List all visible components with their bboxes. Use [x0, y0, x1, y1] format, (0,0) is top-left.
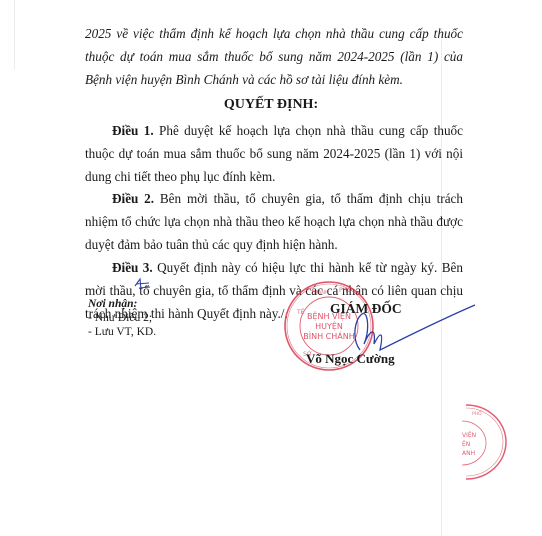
recipient-item: - Như Điều 2; [88, 311, 156, 325]
recipient-item: - Lưu VT, KD. [88, 325, 156, 339]
svg-text:TẾ: TẾ [296, 308, 305, 316]
initials-mark [133, 277, 153, 291]
svg-text:HUYỆN: HUYỆN [315, 320, 343, 332]
svg-text:PHỐ: PHỐ [339, 286, 352, 294]
svg-text:VIỆN: VIỆN [462, 431, 476, 439]
signatory-name: Võ Ngọc Cường [306, 351, 395, 367]
page-edge-left [14, 0, 15, 70]
svg-text:THÀNH: THÀNH [310, 289, 329, 296]
svg-text:BÌNH CHÁNH: BÌNH CHÁNH [303, 330, 354, 341]
svg-text:ÁNH: ÁNH [462, 450, 475, 457]
recipients-label: Nơi nhận: [88, 297, 156, 311]
article-1-label: Điều 1. [112, 123, 154, 138]
recipients-block: Nơi nhận: - Như Điều 2; - Lưu VT, KD. [88, 297, 156, 339]
article-3-label: Điều 3. [112, 260, 153, 275]
intro-paragraph: 2025 về việc thẩm định kế hoạch lựa chọn… [85, 22, 463, 91]
article-1: Điều 1. Phê duyệt kế hoạch lựa chọn nhà … [85, 119, 463, 188]
decision-heading: QUYẾT ĐỊNH: [0, 97, 542, 113]
seam-stamp: VIỆN ỆN ÁNH PHỐ [462, 403, 510, 481]
svg-text:PHỐ: PHỐ [472, 409, 482, 417]
svg-text:ỆN: ỆN [462, 440, 470, 448]
article-2-label: Điều 2. [112, 191, 154, 206]
signatory-title: GIÁM ĐỐC [330, 301, 402, 317]
article-2: Điều 2. Bên mời thầu, tổ chuyên gia, tổ … [85, 187, 463, 256]
